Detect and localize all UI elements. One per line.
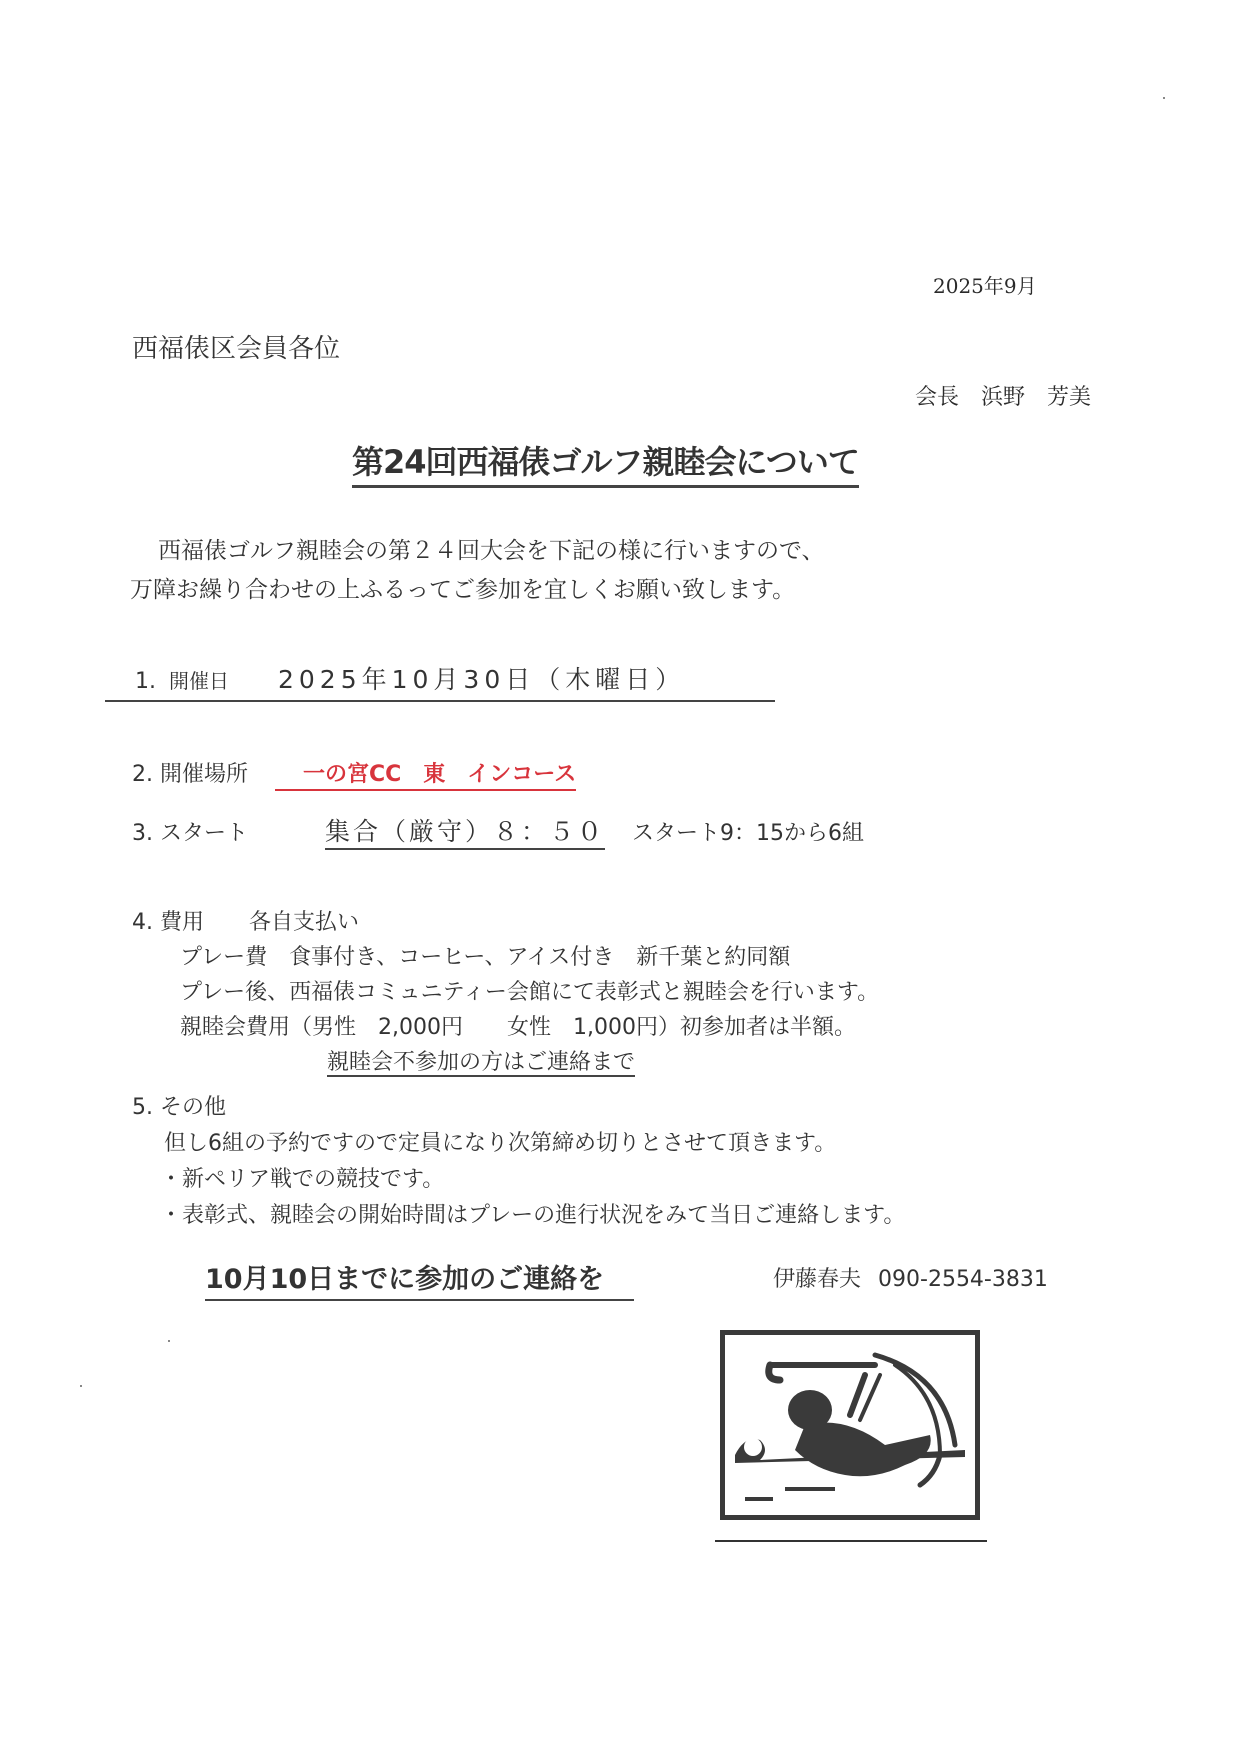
other-line: 但し6組の予約ですので定員になり次第締め切りとさせて頂きます。 bbox=[132, 1126, 905, 1162]
cost-note-row: 親睦会不参加の方はご連絡まで bbox=[132, 1045, 879, 1080]
item-number: 5. bbox=[132, 1095, 153, 1120]
cost-line: プレー後、西福俵コミュニティー会館にて表彰式と親睦会を行います。 bbox=[132, 975, 879, 1010]
rsvp-deadline: 10月10日までに参加のご連絡を bbox=[205, 1257, 634, 1301]
cost-header: 4. 費用 各自支払い bbox=[132, 905, 879, 940]
document-date: 2025年9月 bbox=[933, 270, 1037, 299]
other-line: ・新ペリア戦での競技です。 bbox=[132, 1162, 905, 1198]
item-number: 4. bbox=[132, 910, 153, 935]
golfer-illustration-icon bbox=[720, 1330, 980, 1520]
other-line: ・表彰式、親睦会の開始時間はプレーの進行状況をみて当日ご連絡します。 bbox=[132, 1198, 905, 1234]
event-date: 2025年10月30日（木曜日） bbox=[278, 665, 685, 694]
item-cost: 4. 費用 各自支払い プレー費 食事付き、コーヒー、アイス付き 新千葉と約同額… bbox=[132, 905, 879, 1080]
contact-info: 伊藤春夫 090-2554-3831 bbox=[773, 1262, 1048, 1293]
cost-line: 親睦会費用（男性 2,000円 女性 1,000円）初参加者は半額。 bbox=[132, 1010, 879, 1045]
item-other: 5. その他 但し6組の予約ですので定員になり次第締め切りとさせて頂きます。 ・… bbox=[132, 1090, 905, 1234]
item-label: その他 bbox=[160, 1095, 226, 1120]
item-number: 2. bbox=[132, 762, 153, 787]
item-label: 開催場所 bbox=[160, 762, 248, 787]
item-start: 3. スタート 集合（厳守）８：５０ スタート9：15から6組 bbox=[132, 812, 864, 850]
document-title: 第24回西福俵ゴルフ親睦会について bbox=[352, 437, 859, 488]
meeting-time: 集合（厳守）８：５０ bbox=[325, 812, 605, 850]
contact-name: 伊藤春夫 bbox=[773, 1267, 861, 1292]
addressee: 西福俵区会員各位 bbox=[132, 328, 340, 365]
cost-value: 各自支払い bbox=[249, 910, 359, 935]
venue-name: 一の宮CC 東 インコース bbox=[275, 757, 576, 791]
item-number: 1. bbox=[105, 669, 156, 694]
intro-line-1: 西福俵ゴルフ親睦会の第２４回大会を下記の様に行いますので、 bbox=[130, 532, 825, 571]
cost-line: プレー費 食事付き、コーヒー、アイス付き 新千葉と約同額 bbox=[132, 940, 879, 975]
item-label: 費用 bbox=[160, 910, 204, 935]
sender: 会長 浜野 芳美 bbox=[915, 380, 1091, 411]
scan-speck bbox=[1163, 97, 1165, 99]
item-number: 3. bbox=[132, 821, 153, 846]
scan-speck bbox=[168, 1340, 170, 1342]
item-date: 1. 開催日 2025年10月30日（木曜日） bbox=[105, 660, 775, 702]
other-header: 5. その他 bbox=[132, 1090, 905, 1126]
scan-speck bbox=[80, 1385, 82, 1387]
item-label: 開催日 bbox=[169, 669, 229, 693]
intro-paragraph: 西福俵ゴルフ親睦会の第２４回大会を下記の様に行いますので、 万障お繰り合わせの上… bbox=[130, 532, 825, 610]
contact-phone: 090-2554-3831 bbox=[878, 1267, 1048, 1292]
item-label: スタート bbox=[160, 821, 248, 846]
intro-line-2: 万障お繰り合わせの上ふるってご参加を宜しくお願い致します。 bbox=[130, 577, 795, 603]
cost-note: 親睦会不参加の方はご連絡まで bbox=[327, 1050, 635, 1077]
start-time: スタート9：15から6組 bbox=[632, 821, 864, 846]
logo-underline bbox=[715, 1540, 987, 1542]
golfer-svg bbox=[725, 1335, 975, 1515]
item-venue: 2. 開催場所 一の宮CC 東 インコース bbox=[132, 757, 576, 791]
